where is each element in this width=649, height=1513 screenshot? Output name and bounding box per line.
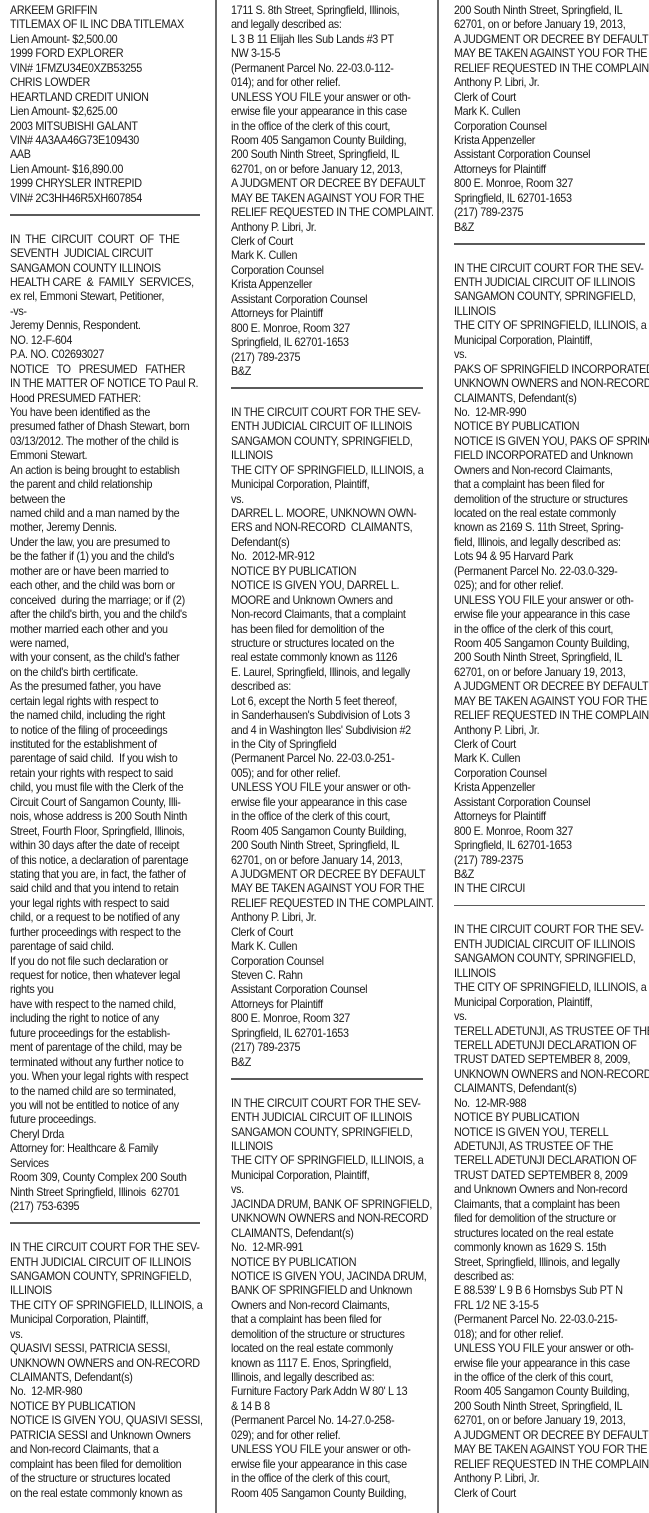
text-line: 800 E. Monroe, Room 327	[454, 825, 635, 839]
text-line: As the presumed father, you have	[10, 680, 202, 694]
text-line: Corporation Counsel	[454, 767, 635, 781]
text-line: Room 405 Sangamon County Building,	[454, 1385, 635, 1399]
text-line: Cheryl Drda	[10, 1128, 202, 1142]
text-line: ENTH JUDICIAL CIRCUIT OF ILLINOIS	[454, 276, 635, 290]
text-line: filed for demolition of the structure or	[454, 1212, 635, 1226]
text-line: have with respect to the named child,	[10, 998, 202, 1012]
text-line: TRUST DATED SEPTEMBER 8, 2009,	[454, 1053, 635, 1067]
text-line: CLAIMANTS, Defendant(s)	[10, 1371, 202, 1385]
text-line: (Permanent Parcel No. 22-03.0-251-	[231, 752, 424, 766]
text-line: CHRIS LOWDER	[10, 76, 202, 90]
text-line: BANK OF SPRINGFIELD and Unknown	[231, 1284, 424, 1298]
text-line: 005); and for other relief.	[231, 767, 424, 781]
text-line: B&Z	[454, 221, 635, 235]
text-line: CLAIMANTS, Defendant(s)	[454, 392, 635, 406]
text-line: Anthony P. Libri, Jr.	[231, 911, 424, 925]
text-line: Non-record Claimants, that a complaint	[231, 608, 424, 622]
text-line: that a complaint has been filed for	[454, 478, 635, 492]
text-line: named child and a man named by the	[10, 507, 202, 521]
text-line: including the right to notice of any	[10, 1012, 202, 1026]
text-line: Claimants, that a complaint has been	[454, 1198, 635, 1212]
text-line: HEARTLAND CREDIT UNION	[10, 91, 202, 105]
text-line: known as 2169 S. 11th Street, Spring-	[454, 521, 635, 535]
text-line: NOTICE IS GIVEN YOU, PAKS OF SPRING-	[454, 435, 635, 449]
text-line: Municipal Corporation, Plaintiff,	[10, 1313, 202, 1327]
text-line: MAY BE TAKEN AGAINST YOU FOR THE	[454, 695, 635, 709]
text-line: (Permanent Parcel No. 22-03.0-112-	[231, 62, 424, 76]
text-line: erwise file your appearance in this case	[231, 105, 424, 119]
text-line: Mark K. Cullen	[231, 249, 424, 263]
column-1: ARKEEM GRIFFINTITLEMAX OF IL INC DBA TIT…	[0, 0, 216, 1513]
text-line: 800 E. Monroe, Room 327	[231, 1012, 424, 1026]
text-line: TRUST DATED SEPTEMBER 8, 2009	[454, 1169, 635, 1183]
text-line: in the office of the clerk of this court…	[231, 120, 424, 134]
text-line: UNKNOWN OWNERS and NON-RECORD	[454, 377, 635, 391]
text-line: (217) 789-2375	[454, 854, 635, 868]
text-line: ENTH JUDICIAL CIRCUIT OF ILLINOIS	[231, 420, 424, 434]
text-line: each other, and the child was born or	[10, 579, 202, 593]
text-line: with your consent, as the child's father	[10, 651, 202, 665]
text-line: in Sanderhausen's Subdivision of Lots 3	[231, 709, 424, 723]
text-line: CLAIMANTS, Defendant(s)	[454, 1082, 635, 1096]
text-line: Springfield, IL 62701-1653	[231, 336, 424, 350]
text-line: 1711 S. 8th Street, Springfield, Illinoi…	[231, 4, 424, 18]
text-line: A JUDGMENT OR DECREE BY DEFAULT	[231, 868, 424, 882]
text-line: Municipal Corporation, Plaintiff,	[231, 1169, 424, 1183]
text-line: IN THE CIRCUIT COURT FOR THE SEV-	[454, 262, 635, 276]
text-line: MAY BE TAKEN AGAINST YOU FOR THE	[454, 47, 635, 61]
text-line: NOTICE BY PUBLICATION	[231, 1256, 424, 1270]
text-line: Attorneys for Plaintiff	[231, 307, 424, 321]
text-line: THE CITY OF SPRINGFIELD, ILLINOIS, a	[454, 319, 635, 333]
text-line: VIN# 1FMZU34E0XZB53255	[10, 62, 202, 76]
text-line: Room 405 Sangamon County Building,	[231, 825, 424, 839]
text-line: your legal rights with respect to said	[10, 897, 202, 911]
text-line: has been filed for demolition of the	[231, 623, 424, 637]
text-line: TITLEMAX OF IL INC DBA TITLEMAX	[10, 18, 202, 32]
text-line: located on the real estate commonly	[454, 507, 635, 521]
text-line: demolition of the structure or structure…	[231, 1328, 424, 1342]
text-line: An action is being brought to establish	[10, 464, 202, 478]
text-line: in the office of the clerk of this court…	[454, 623, 635, 637]
text-line: Circuit Court of Sangamon County, Illi-	[10, 796, 202, 810]
text-line: Room 405 Sangamon County Building,	[231, 1487, 424, 1501]
text-line: ILLINOIS	[231, 1140, 424, 1154]
text-line: Owners and Non-record Claimants,	[454, 464, 635, 478]
text-line: complaint has been filed for demolition	[10, 1458, 202, 1472]
text-line: ILLINOIS	[454, 967, 635, 981]
text-line: IN THE CIRCUIT COURT FOR THE SEV-	[231, 406, 424, 420]
text-line: MAY BE TAKEN AGAINST YOU FOR THE	[454, 1443, 635, 1457]
text-line: HEALTH CARE & FAMILY SERVICES,	[10, 276, 202, 290]
text-line: 62701, on or before January 14, 2013,	[231, 854, 424, 868]
text-line: you will not be entitled to notice of an…	[10, 1099, 202, 1113]
text-line: Mark K. Cullen	[454, 752, 635, 766]
text-line: in the City of Springfield	[231, 738, 424, 752]
text-line: No. 12-MR-980	[10, 1385, 202, 1399]
notice-12-mr-991-continued: 200 South Ninth Street, Springfield, IL6…	[454, 4, 635, 235]
text-line: NOTICE TO PRESUMED FATHER	[10, 363, 202, 377]
text-line: Lots 94 & 95 Harvard Park	[454, 550, 635, 564]
text-line: nois, whose address is 200 South Ninth	[10, 810, 202, 824]
text-line: Attorneys for Plaintiff	[454, 810, 635, 824]
text-line: vs.	[454, 348, 635, 362]
notice-12-mr-988: IN THE CIRCUIT COURT FOR THE SEV-ENTH JU…	[454, 923, 635, 1501]
text-line: UNLESS YOU FILE your answer or oth-	[231, 781, 424, 795]
text-line: Lien Amount- $2,625.00	[10, 105, 202, 119]
text-line: RELIEF REQUESTED IN THE COMPLAINT.	[454, 1458, 635, 1472]
text-line: 018); and for other relief.	[454, 1328, 635, 1342]
text-line: certain legal rights with respect to	[10, 695, 202, 709]
text-line: vs.	[10, 1328, 202, 1342]
text-line: No. 12-MR-991	[231, 1241, 424, 1255]
text-line: NOTICE BY PUBLICATION	[454, 1111, 635, 1125]
text-line: IN THE CIRCUIT COURT OF THE	[10, 233, 202, 247]
text-line: NOTICE BY PUBLICATION	[231, 565, 424, 579]
text-line: 62701, on or before January 12, 2013,	[231, 163, 424, 177]
text-line: CLAIMANTS, Defendant(s)	[231, 1227, 424, 1241]
text-line: structures located on the real estate	[454, 1227, 635, 1241]
text-line: NOTICE IS GIVEN YOU, JACINDA DRUM,	[231, 1270, 424, 1284]
text-line: Anthony P. Libri, Jr.	[454, 1472, 635, 1486]
text-line: SANGAMON COUNTY, SPRINGFIELD,	[10, 1270, 202, 1284]
text-line: (Permanent Parcel No. 14-27.0-258-	[231, 1414, 424, 1428]
text-line: vs.	[454, 1010, 635, 1024]
text-line: the named child, including the right	[10, 709, 202, 723]
text-line: Services	[10, 1157, 202, 1171]
text-line: ENTH JUDICIAL CIRCUIT OF ILLINOIS	[454, 938, 635, 952]
text-line: of this notice, a declaration of parenta…	[10, 854, 202, 868]
text-line: THE CITY OF SPRINGFIELD, ILLINOIS, a	[231, 1154, 424, 1168]
notice-2012-mr-912: IN THE CIRCUIT COURT FOR THE SEV-ENTH JU…	[231, 406, 424, 1070]
text-line: request for notice, then whatever legal	[10, 969, 202, 983]
text-line: Room 309, County Complex 200 South	[10, 1171, 202, 1185]
text-line: THE CITY OF SPRINGFIELD, ILLINOIS, a	[10, 1299, 202, 1313]
text-line: Attorneys for Plaintiff	[454, 163, 635, 177]
text-line: NO. 12-F-604	[10, 334, 202, 348]
text-line: future proceedings for the establish-	[10, 1027, 202, 1041]
text-line: Anthony P. Libri, Jr.	[231, 221, 424, 235]
text-line: TERELL ADETUNJI DECLARATION OF	[454, 1154, 635, 1168]
text-line: 62701, on or before January 19, 2013,	[454, 666, 635, 680]
text-line: ILLINOIS	[231, 449, 424, 463]
text-line: Ninth Street Springfield, Illinois 62701	[10, 1186, 202, 1200]
text-line: Street, Springfield, Illinois, and legal…	[454, 1256, 635, 1270]
column-3: 200 South Ninth Street, Springfield, IL6…	[439, 0, 649, 1513]
text-line: that a complaint has been filed for	[231, 1313, 424, 1327]
text-line: between the	[10, 493, 202, 507]
text-line: 62701, on or before January 19, 2013,	[454, 1414, 635, 1428]
text-line: Springfield, IL 62701-1653	[231, 1027, 424, 1041]
text-line: Krista Appenzeller	[231, 278, 424, 292]
text-line: RELIEF REQUESTED IN THE COMPLAINT.	[454, 62, 635, 76]
text-line: RELIEF REQUESTED IN THE COMPLAINT.	[231, 206, 424, 220]
text-line: to notice of the filing of proceedings	[10, 724, 202, 738]
notice-12-mr-980: IN THE CIRCUIT COURT FOR THE SEV-ENTH JU…	[10, 1241, 202, 1501]
text-line: 200 South Ninth Street, Springfield, IL	[454, 1400, 635, 1414]
text-line: Springfield, IL 62701-1653	[454, 192, 635, 206]
notice-separator	[10, 214, 200, 216]
text-line: Assistant Corporation Counsel	[231, 983, 424, 997]
text-line: UNLESS YOU FILE your answer or oth-	[454, 1342, 635, 1356]
text-line: ment of parentage of the child, may be	[10, 1041, 202, 1055]
text-line: RELIEF REQUESTED IN THE COMPLAINT.	[454, 709, 635, 723]
text-line: ex rel, Emmoni Stewart, Petitioner,	[10, 290, 202, 304]
text-line: located on the real estate commonly	[231, 1342, 424, 1356]
text-line: Under the law, you are presumed to	[10, 536, 202, 550]
text-line: 014); and for other relief.	[231, 76, 424, 90]
text-line: Municipal Corporation, Plaintiff,	[454, 996, 635, 1010]
text-line: Municipal Corporation, Plaintiff,	[454, 334, 635, 348]
text-line: (217) 789-2375	[231, 1041, 424, 1055]
text-line: THE CITY OF SPRINGFIELD, ILLINOIS, a	[231, 464, 424, 478]
text-line: demolition of the structure or structure…	[454, 493, 635, 507]
text-line: Emmoni Stewart.	[10, 449, 202, 463]
text-line: AAB	[10, 148, 202, 162]
text-line: NOTICE BY PUBLICATION	[10, 1400, 202, 1414]
text-line: 200 South Ninth Street, Springfield, IL	[454, 651, 635, 665]
text-line: child, or a request to be notified of an…	[10, 911, 202, 925]
text-line: ILLINOIS	[454, 305, 635, 319]
text-line: erwise file your appearance in this case	[231, 796, 424, 810]
text-line: ILLINOIS	[10, 1284, 202, 1298]
text-line: Krista Appenzeller	[454, 781, 635, 795]
text-line: Clerk of Court	[231, 235, 424, 249]
text-line: Lien Amount- $16,890.00	[10, 163, 202, 177]
text-line: on the real estate commonly known as	[10, 1487, 202, 1501]
text-line: A JUDGMENT OR DECREE BY DEFAULT	[231, 177, 424, 191]
text-line: DARREL L. MOORE, UNKNOWN OWN-	[231, 507, 424, 521]
text-line: described as:	[231, 680, 424, 694]
notice-12-mr-991: IN THE CIRCUIT COURT FOR THE SEV-ENTH JU…	[231, 1097, 424, 1501]
text-line: B&Z	[454, 868, 635, 882]
text-line: Corporation Counsel	[231, 264, 424, 278]
text-line: (217) 753-6395	[10, 1200, 202, 1214]
notice-separator	[454, 243, 645, 245]
text-line: Furniture Factory Park Addn W 80' L 13	[231, 1385, 424, 1399]
text-line: be the father if (1) you and the child's	[10, 550, 202, 564]
text-line: B&Z	[231, 1056, 424, 1070]
text-line: IN THE CIRCUI	[454, 882, 635, 896]
text-line: within 30 days after the date of receipt	[10, 839, 202, 853]
notice-separator	[10, 1222, 200, 1224]
text-line: 029); and for other relief.	[231, 1429, 424, 1443]
text-line: Hood PRESUMED FATHER:	[10, 392, 202, 406]
text-line: on the child's birth certificate.	[10, 666, 202, 680]
text-line: 2003 MITSUBISHI GALANT	[10, 120, 202, 134]
text-line: UNKNOWN OWNERS and ON-RECORD	[10, 1357, 202, 1371]
text-line: SANGAMON COUNTY ILLINOIS	[10, 262, 202, 276]
text-line: future proceedings.	[10, 1113, 202, 1127]
text-line: Mark K. Cullen	[454, 105, 635, 119]
notice-12-mr-980-continued: 1711 S. 8th Street, Springfield, Illinoi…	[231, 4, 424, 379]
text-line: Krista Appenzeller	[454, 134, 635, 148]
text-line: SANGAMON COUNTY, SPRINGFIELD,	[231, 1126, 424, 1140]
text-line: Clerk of Court	[454, 738, 635, 752]
text-line: -vs-	[10, 305, 202, 319]
text-line: further proceedings with respect to the	[10, 926, 202, 940]
text-line: IN THE MATTER OF NOTICE TO Paul R.	[10, 377, 202, 391]
text-line: A JUDGMENT OR DECREE BY DEFAULT	[454, 33, 635, 47]
text-line: to the named child are so terminated,	[10, 1085, 202, 1099]
legal-notices-page: ARKEEM GRIFFINTITLEMAX OF IL INC DBA TIT…	[0, 0, 649, 1513]
text-line: NOTICE IS GIVEN YOU, TERELL	[454, 1126, 635, 1140]
text-line: & 14 B 8	[231, 1400, 424, 1414]
text-line: MAY BE TAKEN AGAINST YOU FOR THE	[231, 882, 424, 896]
text-line: Jeremy Dennis, Respondent.	[10, 319, 202, 333]
text-line: NOTICE IS GIVEN YOU, DARREL L.	[231, 579, 424, 593]
text-line: ENTH JUDICIAL CIRCUIT OF ILLINOIS	[231, 1111, 424, 1125]
text-line: vs.	[231, 1183, 424, 1197]
notice-presumed-father: IN THE CIRCUIT COURT OF THESEVENTH JUDIC…	[10, 233, 202, 1215]
text-line: 1999 CHRYSLER INTREPID	[10, 177, 202, 191]
text-line: instituted for the establishment of	[10, 738, 202, 752]
text-line: Street, Fourth Floor, Springfield, Illin…	[10, 825, 202, 839]
text-line: IN THE CIRCUIT COURT FOR THE SEV-	[10, 1241, 202, 1255]
text-line: Springfield, IL 62701-1653	[454, 839, 635, 853]
text-line: RELIEF REQUESTED IN THE COMPLAINT.	[231, 897, 424, 911]
text-line: parentage of said child. If you wish to	[10, 752, 202, 766]
text-line: Steven C. Rahn	[231, 969, 424, 983]
text-line: stating that you are, in fact, the fathe…	[10, 868, 202, 882]
text-line: No. 12-MR-988	[454, 1097, 635, 1111]
text-line: NW 3-15-5	[231, 47, 424, 61]
text-line: VIN# 2C3HH46R5XH607854	[10, 192, 202, 206]
text-line: E. Laurel, Springfield, Illinois, and le…	[231, 666, 424, 680]
text-line: Clerk of Court	[231, 926, 424, 940]
text-line: structure or structures located on the	[231, 637, 424, 651]
text-line: SANGAMON COUNTY, SPRINGFIELD,	[454, 952, 635, 966]
text-line: 800 E. Monroe, Room 327	[454, 177, 635, 191]
text-line: (217) 789-2375	[231, 351, 424, 365]
text-line: conceived during the marriage; or if (2)	[10, 594, 202, 608]
text-line: E 88.539' L 9 B 6 Hornsbys Sub PT N	[454, 1284, 635, 1298]
text-line: Owners and Non-record Claimants,	[231, 1299, 424, 1313]
text-line: Anthony P. Libri, Jr.	[454, 724, 635, 738]
text-line: No. 2012-MR-912	[231, 550, 424, 564]
text-line: 03/13/2012. The mother of the child is	[10, 435, 202, 449]
text-line: vs.	[231, 493, 424, 507]
text-line: said child and that you intend to retain	[10, 882, 202, 896]
text-line: erwise file your appearance in this case	[454, 1357, 635, 1371]
text-line: the parent and child relationship	[10, 478, 202, 492]
text-line: THE CITY OF SPRINGFIELD, ILLINOIS, a	[454, 981, 635, 995]
text-line: Assistant Corporation Counsel	[454, 148, 635, 162]
text-line: FRL 1/2 NE 3-15-5	[454, 1299, 635, 1313]
text-line: in the office of the clerk of this court…	[231, 1472, 424, 1486]
text-line: 200 South Ninth Street, Springfield, IL	[231, 148, 424, 162]
text-line: If you do not file such declaration or	[10, 955, 202, 969]
text-line: (217) 789-2375	[454, 206, 635, 220]
notice-separator	[231, 1078, 423, 1080]
text-line: of the structure or structures located	[10, 1472, 202, 1486]
text-line: Mark K. Cullen	[231, 940, 424, 954]
text-line: described as:	[454, 1270, 635, 1284]
text-line: A JUDGMENT OR DECREE BY DEFAULT	[454, 1429, 635, 1443]
text-line: 62701, on or before January 19, 2013,	[454, 18, 635, 32]
text-line: PATRICIA SESSI and Unknown Owners	[10, 1429, 202, 1443]
text-line: after the child's birth, you and the chi…	[10, 608, 202, 622]
text-line: TERELL ADETUNJI DECLARATION OF	[454, 1039, 635, 1053]
text-line: TERELL ADETUNJI, AS TRUSTEE OF THE	[454, 1025, 635, 1039]
text-line: and Unknown Owners and Non-record	[454, 1183, 635, 1197]
text-line: MAY BE TAKEN AGAINST YOU FOR THE	[231, 192, 424, 206]
text-line: Room 405 Sangamon County Building,	[454, 637, 635, 651]
text-line: UNKNOWN OWNERS and NON-RECORD	[454, 1068, 635, 1082]
column-2: 1711 S. 8th Street, Springfield, Illinoi…	[217, 0, 438, 1513]
text-line: ERS and NON-RECORD CLAIMANTS,	[231, 521, 424, 535]
text-line: L 3 B 11 Elijah Iles Sub Lands #3 PT	[231, 33, 424, 47]
text-line: child, you must file with the Clerk of t…	[10, 781, 202, 795]
text-line: you. When your legal rights with respect	[10, 1070, 202, 1084]
text-line: NOTICE IS GIVEN YOU, QUASIVI SESSI,	[10, 1414, 202, 1428]
text-line: Assistant Corporation Counsel	[231, 293, 424, 307]
text-line: in the office of the clerk of this court…	[454, 1371, 635, 1385]
text-line: field, Illinois, and legally described a…	[454, 536, 635, 550]
notice-12-mr-990: IN THE CIRCUIT COURT FOR THE SEV-ENTH JU…	[454, 262, 635, 897]
text-line: Assistant Corporation Counsel	[454, 796, 635, 810]
text-line: terminated without any further notice to	[10, 1056, 202, 1070]
text-line: 025); and for other relief.	[454, 579, 635, 593]
text-line: were named,	[10, 637, 202, 651]
text-line: Attorney for: Healthcare & Family	[10, 1142, 202, 1156]
text-line: and legally described as:	[231, 18, 424, 32]
text-line: Clerk of Court	[454, 91, 635, 105]
text-line: Corporation Counsel	[231, 955, 424, 969]
text-line: UNLESS YOU FILE your answer or oth-	[231, 91, 424, 105]
text-line: commonly known as 1629 S. 15th	[454, 1241, 635, 1255]
text-line: ARKEEM GRIFFIN	[10, 4, 202, 18]
text-line: Anthony P. Libri, Jr.	[454, 76, 635, 90]
text-line: IN THE CIRCUIT COURT FOR THE SEV-	[231, 1097, 424, 1111]
text-line: JACINDA DRUM, BANK OF SPRINGFIELD,	[231, 1198, 424, 1212]
text-line: Lot 6, except the North 5 feet thereof,	[231, 695, 424, 709]
text-line: erwise file your appearance in this case	[454, 608, 635, 622]
text-line: SANGAMON COUNTY, SPRINGFIELD,	[231, 435, 424, 449]
text-line: P.A. NO. C02693027	[10, 348, 202, 362]
text-line: PAKS OF SPRINGFIELD INCORPORATED,	[454, 363, 635, 377]
text-line: Clerk of Court	[454, 1487, 635, 1501]
text-line: (Permanent Parcel No. 22-03.0-329-	[454, 565, 635, 579]
text-line: No. 12-MR-990	[454, 406, 635, 420]
text-line: B&Z	[231, 365, 424, 379]
text-line: MOORE and Unknown Owners and	[231, 594, 424, 608]
text-line: A JUDGMENT OR DECREE BY DEFAULT	[454, 680, 635, 694]
text-line: UNLESS YOU FILE your answer or oth-	[231, 1443, 424, 1457]
text-line: mother married each other and you	[10, 623, 202, 637]
text-line: Attorneys for Plaintiff	[231, 998, 424, 1012]
text-line: 800 E. Monroe, Room 327	[231, 322, 424, 336]
text-line: known as 1117 E. Enos, Springfield,	[231, 1357, 424, 1371]
text-line: 200 South Ninth Street, Springfield, IL	[231, 839, 424, 853]
text-line: erwise file your appearance in this case	[231, 1458, 424, 1472]
text-line: UNKNOWN OWNERS and NON-RECORD	[231, 1212, 424, 1226]
text-line: Lien Amount- $2,500.00	[10, 33, 202, 47]
notice-separator	[454, 905, 645, 907]
text-line: and 4 in Washington Iles' Subdivision #2	[231, 724, 424, 738]
text-line: 200 South Ninth Street, Springfield, IL	[454, 4, 635, 18]
text-line: QUASIVI SESSI, PATRICIA SESSI,	[10, 1342, 202, 1356]
notice-lien-list: ARKEEM GRIFFINTITLEMAX OF IL INC DBA TIT…	[10, 4, 202, 206]
text-line: VIN# 4A3AA46G73E109430	[10, 134, 202, 148]
text-line: ADETUNJI, AS TRUSTEE OF THE	[454, 1140, 635, 1154]
text-line: FIELD INCORPORATED and Unknown	[454, 449, 635, 463]
text-line: You have been identified as the	[10, 406, 202, 420]
text-line: 1999 FORD EXPLORER	[10, 47, 202, 61]
text-line: mother are or have been married to	[10, 565, 202, 579]
text-line: and Non-record Claimants, that a	[10, 1443, 202, 1457]
text-line: in the office of the clerk of this court…	[231, 810, 424, 824]
